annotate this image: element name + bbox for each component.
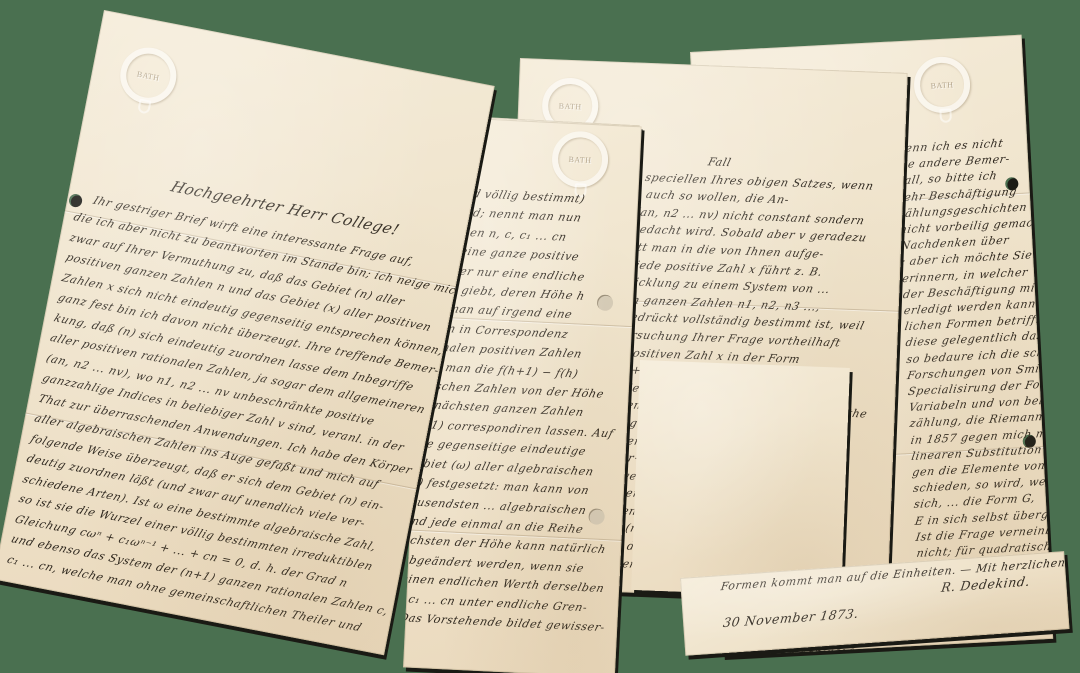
letter-text: wenn ich es nicht die andere Bemer- Fall… [895, 132, 1053, 578]
embossed-seal-icon: BATH [551, 130, 610, 189]
letter-page-3-lower [631, 360, 850, 598]
photo-stage: BATH wenn ich es nicht die andere Bemer-… [0, 0, 1080, 673]
punch-hole [0, 397, 28, 432]
embossed-seal-icon: BATH [115, 43, 181, 109]
embossed-seal-icon: BATH [913, 55, 972, 114]
